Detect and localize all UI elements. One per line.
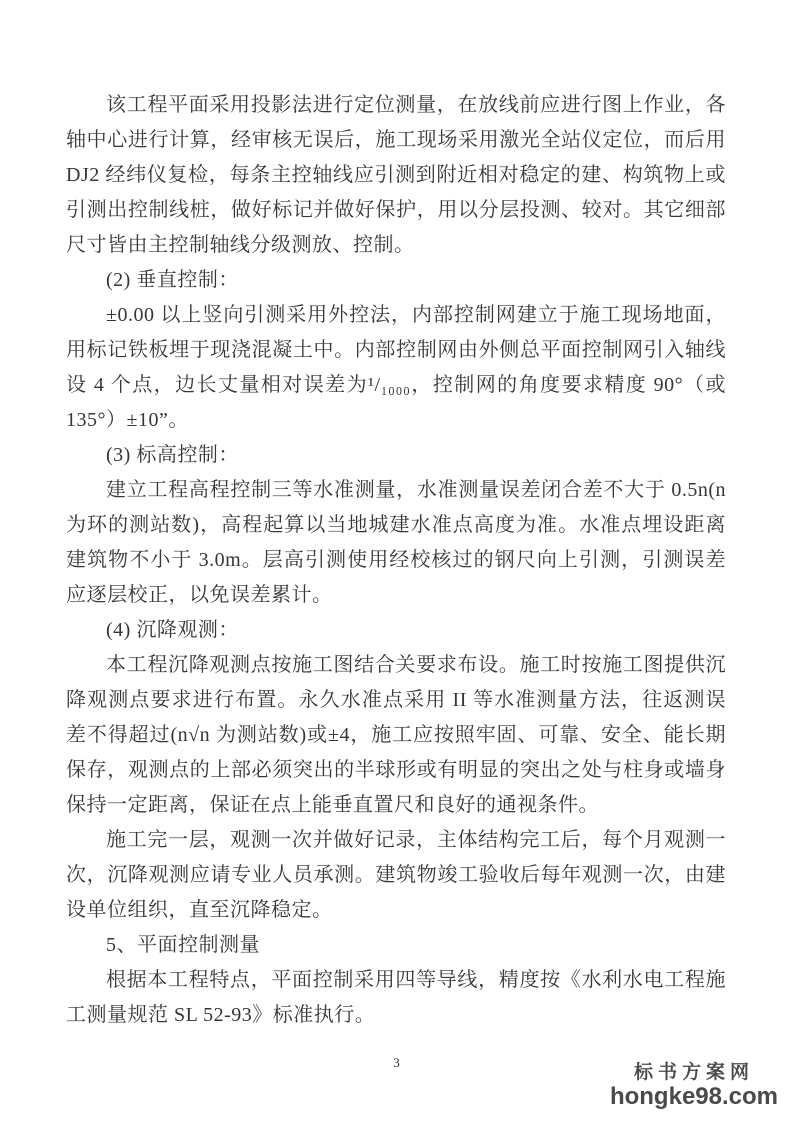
document-page: 该工程平面采用投影法进行定位测量，在放线前应进行图上作业，各轴中心进行计算，经审…: [0, 0, 793, 1122]
paragraph-vertical-control: ±0.00 以上竖向引测采用外控法，内部控制网建立于施工现场地面，用标记铁板埋于…: [66, 298, 726, 438]
section-heading-elevation-control: (3) 标高控制：: [66, 438, 726, 473]
watermark: 标书方案网 hongke98.com: [610, 1063, 778, 1109]
watermark-site-url: hongke98.com: [610, 1084, 778, 1110]
section-heading-settlement-observation: (4) 沉降观测：: [66, 613, 726, 648]
paragraph-plane-control-survey: 根据本工程特点，平面控制采用四等导线，精度按《水利水电工程施工测量规范 SL 5…: [66, 963, 726, 1033]
section-heading-plane-control-survey: 5、平面控制测量: [66, 928, 726, 963]
paragraph-settlement-observation: 本工程沉降观测点按施工图结合关要求布设。施工时按施工图提供沉降观测点要求进行布置…: [66, 648, 726, 823]
section-heading-vertical-control: (2) 垂直控制：: [66, 263, 726, 298]
document-body: 该工程平面采用投影法进行定位测量，在放线前应进行图上作业，各轴中心进行计算，经审…: [66, 88, 726, 1033]
paragraph-observation-schedule: 施工完一层，观测一次并做好记录，主体结构完工后，每个月观测一次，沉降观测应请专业…: [66, 823, 726, 928]
paragraph-positioning-survey: 该工程平面采用投影法进行定位测量，在放线前应进行图上作业，各轴中心进行计算，经审…: [66, 88, 726, 263]
paragraph-elevation-control: 建立工程高程控制三等水准测量，水准测量误差闭合差不大于 0.5n(n 为环的测站…: [66, 473, 726, 613]
watermark-site-name: 标书方案网: [610, 1063, 778, 1084]
